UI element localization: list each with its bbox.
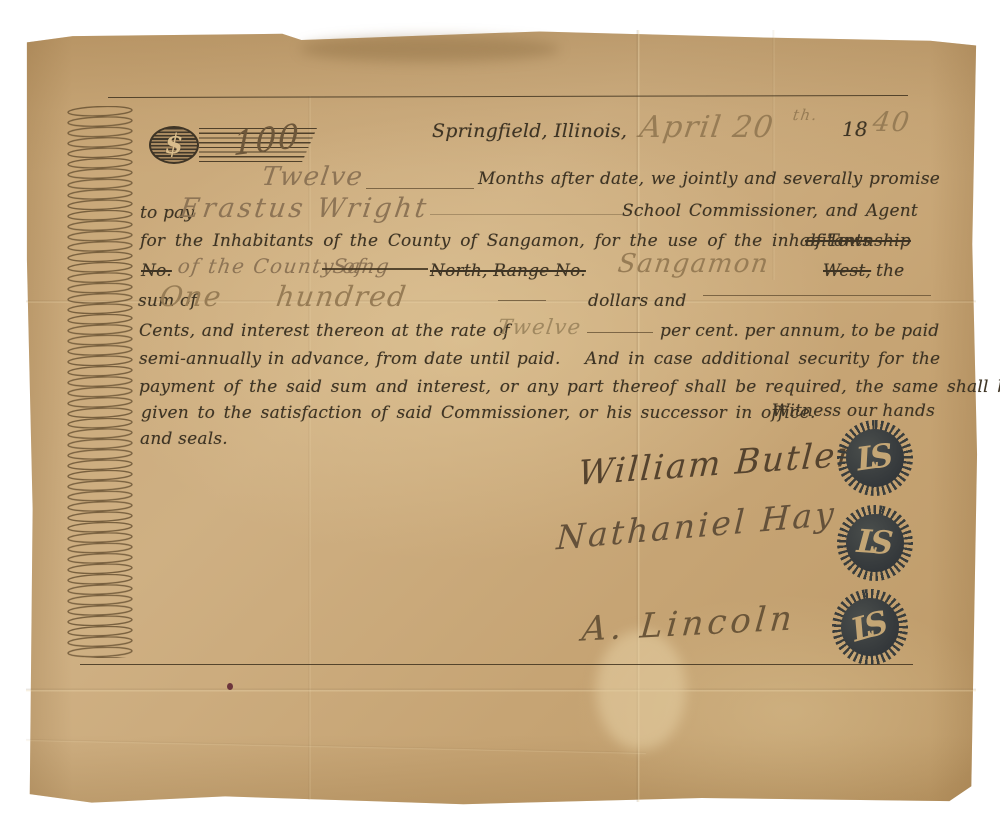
- struck-sang-handwritten: Sang: [333, 254, 390, 278]
- ink-spot: [227, 683, 233, 690]
- case-printed: And in case additional security for the: [585, 349, 940, 369]
- wax-seal-ls-1: LS: [837, 420, 913, 496]
- sum-handwritten: One hundred: [160, 280, 407, 313]
- payee-handwritten: Erastus Wright: [180, 193, 429, 224]
- wax-seal-ls-3: LS: [827, 584, 913, 670]
- witness-printed: Witness our hands: [772, 401, 935, 421]
- term-printed: Months after date, we jointly and severa…: [478, 169, 940, 189]
- place-printed: Springfield, Illinois,: [432, 120, 627, 142]
- struck-north-range: North, Range No.: [430, 261, 586, 281]
- struck-west: West,: [823, 261, 871, 281]
- strike-line-sang: [322, 268, 428, 270]
- seal-monogram: LS: [842, 425, 908, 491]
- payment-printed: payment of the said sum and interest, or…: [139, 377, 1000, 397]
- seal-monogram: LS: [844, 512, 906, 574]
- paper-stain-top: [300, 36, 560, 62]
- word-the-printed: the: [876, 261, 904, 281]
- scanned-promissory-note: $ 100 Springfield, Illinois, April 20 th…: [0, 0, 1000, 835]
- dollar-sign: $: [165, 129, 184, 160]
- given-printed: given to the satisfaction of said Commis…: [141, 403, 816, 423]
- wax-seal-ls-2: LS: [830, 498, 920, 588]
- struck-of-township: of Township: [805, 231, 911, 251]
- amount-numeral-handwritten: 100: [231, 116, 303, 163]
- dollars-and-printed: dollars and: [588, 291, 687, 311]
- percent-printed: per cent. per annum, to be paid: [660, 321, 939, 341]
- cents-printed: Cents, and interest thereon at the rate …: [139, 321, 510, 341]
- blank-after-dollars: [703, 295, 931, 296]
- fold-crease-horizontal-lower: [26, 688, 976, 692]
- bottom-border-rule: [80, 664, 913, 665]
- date-suffix-handwritten: th.: [793, 106, 818, 124]
- coil-flourish-border: [64, 106, 138, 658]
- blank-after-payee: [430, 214, 622, 215]
- term-handwritten: Twelve: [262, 162, 363, 192]
- struck-no: No.: [141, 261, 172, 281]
- rate-handwritten: Twelve: [498, 315, 582, 339]
- blank-after-term: [366, 188, 474, 189]
- blank-after-rate: [587, 332, 653, 333]
- date-handwritten: April 20: [640, 110, 774, 145]
- inhabitants-printed: for the Inhabitants of the County of San…: [140, 231, 871, 251]
- semiannual-printed: semi-annually in advance, from date unti…: [139, 349, 561, 369]
- year-handwritten: 40: [873, 107, 910, 138]
- and-seals-printed: and seals.: [140, 429, 228, 449]
- year-printed: 18: [842, 117, 868, 141]
- dash-after-sum: [498, 300, 546, 301]
- dollar-sign-emblem: $: [149, 126, 199, 164]
- county2-handwritten: Sangamon: [618, 249, 769, 279]
- payee-title-printed: School Commissioner, and Agent: [622, 201, 918, 221]
